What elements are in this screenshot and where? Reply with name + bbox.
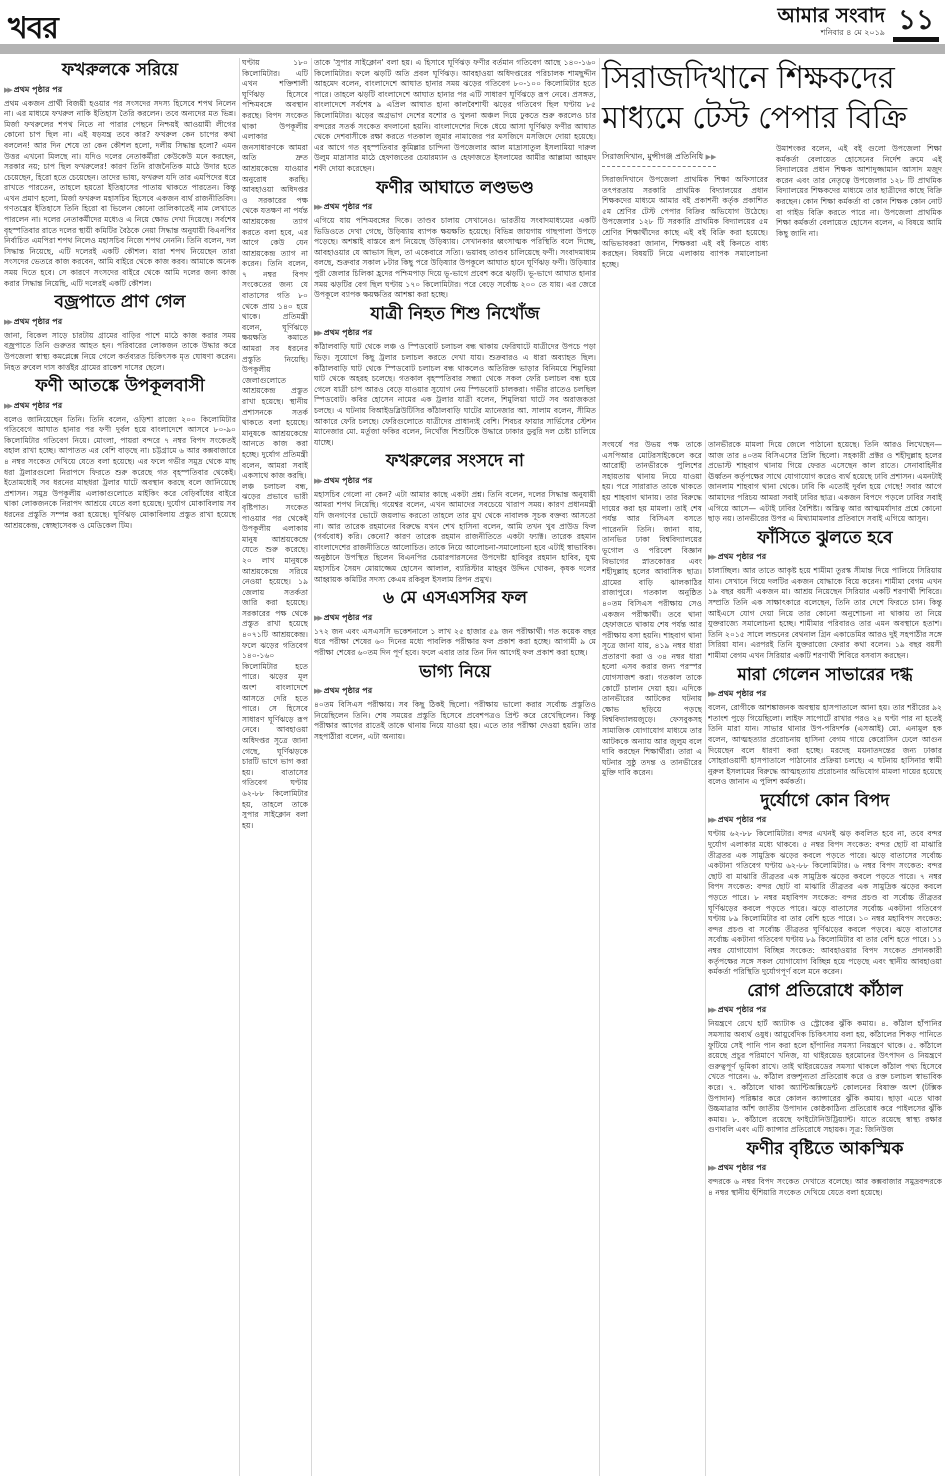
story-havoc: ফণীর আঘাতে লণ্ডভণ্ড ▶▶প্রথম পৃষ্ঠার পর এ…	[314, 179, 596, 301]
double-arrow-icon: ▶▶	[708, 1164, 715, 1172]
jump-line: ▶▶প্রথম পৃষ্ঠার পর	[708, 1004, 942, 1017]
double-arrow-icon: ▶▶	[4, 402, 11, 410]
column-a: ফখরুলকে সরিয়ে ▶▶প্রথম পৃষ্ঠার পর প্রথম …	[4, 58, 236, 1476]
story-coastal: ফণী আতঙ্কে উপকূলবাসী ▶▶প্রথম পৃষ্ঠার পর …	[4, 377, 236, 531]
column-divider	[311, 58, 312, 1476]
lead-body: সিরাজদিখান, মুন্সীগঞ্জ প্রতিনিধি ▶▶ সিরা…	[602, 144, 942, 270]
headline: বজ্রপাতে প্রাণ গেল	[4, 293, 236, 313]
article-body: চালাচ্ছিল। আর তাতে আকৃষ্ট হয়ে শামীমা তু…	[708, 566, 942, 661]
column-divider	[599, 58, 600, 1476]
issue-date: শনিবার ৪ মে ২০১৯	[778, 27, 885, 40]
article-body: প্রথম একজন প্রার্থী বিজয়ী হওয়ার পর সংস…	[4, 99, 236, 290]
jump-line: ▶▶প্রথম পৃষ্ঠার পর	[314, 612, 596, 625]
headline: ভাগ্য নিয়ে	[314, 663, 596, 683]
story-child-missing: যাত্রী নিহত শিশু নিখোঁজ ▶▶প্রথম পৃষ্ঠার …	[314, 305, 596, 448]
story-fate: ভাগ্য নিয়ে ▶▶প্রথম পৃষ্ঠার পর ৪০তম বিসি…	[314, 663, 596, 743]
jump-line: ▶▶প্রথম পৃষ্ঠার পর	[4, 84, 236, 97]
headline: মারা গেলেন সাভারের দগ্ধ	[708, 666, 942, 686]
jump-line: ▶▶প্রথম পৃষ্ঠার পর	[708, 1162, 942, 1175]
double-arrow-icon: ▶▶	[314, 203, 321, 211]
double-arrow-icon: ▶▶	[708, 1006, 715, 1014]
story-hanging: ফাঁসিতে ঝুলতে হবে ▶▶প্রথম পৃষ্ঠার পর চাল…	[708, 529, 942, 662]
headline: ফণীর বৃষ্টিতে আকস্মিক	[708, 1140, 942, 1160]
column-e: তানভীরকে মামলা দিয়ে জেলে পাঠানো হয়েছে।…	[708, 440, 942, 1476]
headline: ফখরুলের সংসদে না	[314, 452, 596, 472]
double-arrow-icon: ▶▶	[314, 687, 321, 695]
article-body: বলেন, রোগীকে আশঙ্কাজনক অবস্থায় হাসপাতাল…	[708, 703, 942, 788]
article-body: লঞ্চ চলাচল বন্ধ, ঝড়ের প্রভাবে ভারী বৃষ্…	[242, 482, 308, 832]
headline: ফখরুলকে সরিয়ে	[4, 61, 236, 81]
article-body: সংঘর্ষে পর উভয় পক্ষ তাকে এসপিআর মোটরসাই…	[602, 440, 702, 779]
double-arrow-icon: ▶▶	[4, 86, 11, 94]
article-body: নিয়ন্ত্রণে রেখে হার্ট অ্যাটাক ও স্ট্রোক…	[708, 1019, 942, 1136]
lead-story: সিরাজদিখানে শিক্ষকদের মাধ্যমে টেস্ট পেপা…	[602, 58, 942, 270]
double-arrow-icon: ▶▶	[314, 329, 321, 337]
article-body: ঘণ্টায় ১৮০ কিলোমিটার। এটি এখন শক্তিশালী…	[242, 58, 308, 482]
article-body: ঘণ্টায় ৬২-৮৮ কিলোমিটার। বন্দর এখনই ঝড় …	[708, 829, 942, 977]
jump-line: ▶▶প্রথম পৃষ্ঠার পর	[4, 400, 236, 413]
jump-line: ▶▶প্রথম পৃষ্ঠার পর	[4, 316, 236, 329]
jump-line: ▶▶প্রথম পৃষ্ঠার পর	[708, 688, 942, 701]
column-divider	[239, 58, 240, 1476]
column-divider	[705, 440, 706, 1476]
jump-line: ▶▶প্রথম পৃষ্ঠার পর	[314, 201, 596, 214]
article-body: এগিয়ে যায় পশ্চিমবঙ্গের দিকে। তাণ্ডব চা…	[314, 216, 596, 301]
masthead: খবর আমার সংবাদ শনিবার ৪ মে ২০১৯ ১১	[0, 0, 945, 44]
double-arrow-icon: ▶▶	[4, 318, 11, 326]
headline: যাত্রী নিহত শিশু নিখোঁজ	[314, 305, 596, 325]
article-body: মহাসচিব গেলো না কেন? এটা আমার কাছে একটা …	[314, 490, 596, 585]
article-body: সিরাজদিখানে উপজেলা প্রাথমিক শিক্ষা অফিসা…	[602, 175, 768, 270]
article-body: বন্দরকে ৬ নম্বর বিপদ সংকেত দেখাতে বলেছে।…	[708, 1177, 942, 1198]
double-arrow-icon: ▶▶	[314, 477, 321, 485]
story-rain: ফণীর বৃষ্টিতে আকস্মিক ▶▶প্রথম পৃষ্ঠার পর…	[708, 1140, 942, 1199]
headline: ফণী আতঙ্কে উপকূলবাসী	[4, 377, 236, 397]
article-body: জানা, বিকেল সাড়ে চারটায় গ্রামের বাড়ির…	[4, 331, 236, 373]
byline: সিরাজদিখান, মুন্সীগঞ্জ প্রতিনিধি ▶▶	[602, 151, 716, 167]
double-arrow-icon: ▶▶	[708, 816, 715, 824]
article-body: তাকে 'সুপার সাইক্লোন' বলা হয়। এ হিসাবে …	[314, 58, 596, 175]
header-rule	[0, 44, 945, 54]
article-body: ১৭২ জন এবং এসএসসি ভকেশনালে ১ লাখ ২৫ হাজা…	[314, 627, 596, 659]
column-b: ঘণ্টায় ১৮০ কিলোমিটার। এটি এখন শক্তিশালী…	[242, 58, 308, 1476]
jump-line: ▶▶প্রথম পৃষ্ঠার পর	[708, 814, 942, 827]
double-arrow-icon: ▶▶	[314, 614, 321, 622]
story-tanvir-cont: তানভীরকে মামলা দিয়ে জেলে পাঠানো হয়েছে।…	[708, 440, 942, 525]
jump-line: ▶▶প্রথম পৃষ্ঠার পর	[708, 551, 942, 564]
lead-headline: সিরাজদিখানে শিক্ষকদের মাধ্যমে টেস্ট পেপা…	[602, 58, 942, 138]
story-jackfruit: রোগ প্রতিরোধে কাঁঠাল ▶▶প্রথম পৃষ্ঠার পর …	[708, 982, 942, 1136]
double-arrow-icon: ▶▶	[706, 153, 717, 161]
story-fakhrul: ফখরুলকে সরিয়ে ▶▶প্রথম পৃষ্ঠার পর প্রথম …	[4, 61, 236, 289]
headline: ৬ মে এসএসসির ফল	[314, 589, 596, 609]
jump-line: ▶▶প্রথম পৃষ্ঠার পর	[314, 327, 596, 340]
story-ssc: ৬ মে এসএসসির ফল ▶▶প্রথম পৃষ্ঠার পর ১৭২ জ…	[314, 589, 596, 658]
page-number: ১১	[893, 2, 939, 42]
jump-line: ▶▶প্রথম পৃষ্ঠার পর	[314, 475, 596, 488]
newspaper-logo: আমার সংবাদ	[778, 4, 885, 26]
story-danger: দুর্যোগে কোন বিপদ ▶▶প্রথম পৃষ্ঠার পর ঘণ্…	[708, 792, 942, 978]
article-body: ৪০তম বিসিএস পরীক্ষায়। সব কিছু ঠিকই ছিলো…	[314, 700, 596, 742]
headline: দুর্যোগে কোন বিপদ	[708, 792, 942, 812]
article-body: বলেও জানিয়েছেন তিনি। তিনি বলেন, ওড়িশা …	[4, 415, 236, 532]
brand-block: আমার সংবাদ শনিবার ৪ মে ২০১৯	[778, 4, 885, 40]
story-savar: মারা গেলেন সাভারের দগ্ধ ▶▶প্রথম পৃষ্ঠার …	[708, 666, 942, 788]
headline: রোগ প্রতিরোধে কাঁঠাল	[708, 982, 942, 1002]
column-c: তাকে 'সুপার সাইক্লোন' বলা হয়। এ হিসাবে …	[314, 58, 596, 1476]
story-cyclone-intro: তাকে 'সুপার সাইক্লোন' বলা হয়। এ হিসাবে …	[314, 58, 596, 175]
column-d: সংঘর্ষে পর উভয় পক্ষ তাকে এসপিআর মোটরসাই…	[602, 440, 702, 1476]
headline: ফণীর আঘাতে লণ্ডভণ্ড	[314, 179, 596, 199]
article-body: কাঁঠালবাড়ি ঘাট থেকে লঞ্চ ও স্পিডবোট চলা…	[314, 342, 596, 448]
double-arrow-icon: ▶▶	[708, 690, 715, 698]
headline: ফাঁসিতে ঝুলতে হবে	[708, 529, 942, 549]
article-body: উমাশংকর বলেন, এই বই গুলো উপজেলা শিক্ষা ক…	[776, 144, 942, 270]
story-lightning: বজ্রপাতে প্রাণ গেল ▶▶প্রথম পৃষ্ঠার পর জা…	[4, 293, 236, 373]
article-body: তানভীরকে মামলা দিয়ে জেলে পাঠানো হয়েছে।…	[708, 440, 942, 525]
story-parliament: ফখরুলের সংসদে না ▶▶প্রথম পৃষ্ঠার পর মহাস…	[314, 452, 596, 585]
double-arrow-icon: ▶▶	[708, 553, 715, 561]
jump-line: ▶▶প্রথম পৃষ্ঠার পর	[314, 685, 596, 698]
